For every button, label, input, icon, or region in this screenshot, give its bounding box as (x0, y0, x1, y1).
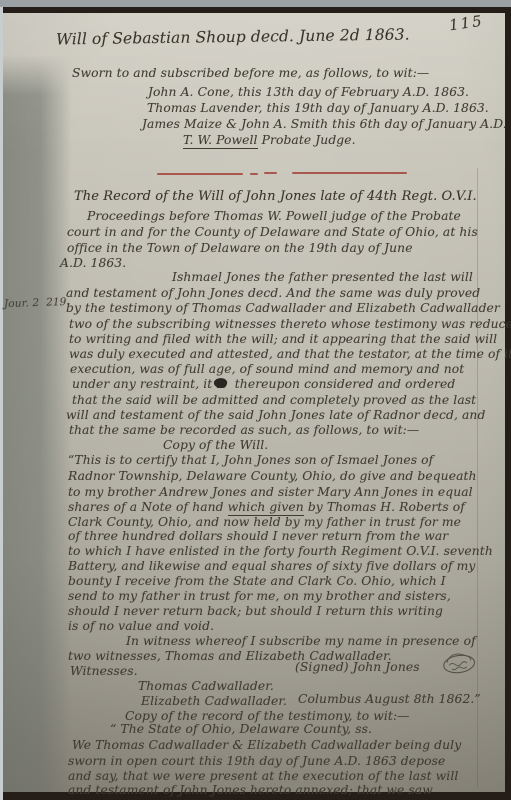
testimony-line: sworn in open court this 19th day of Jun… (68, 754, 445, 768)
record-line: two of the subscribing witnesses thereto… (69, 317, 511, 331)
record-line: Proceedings before Thomas W. Powell judg… (87, 209, 461, 223)
red-divider-segment (292, 172, 407, 174)
ledger-page-photo: 115 Will of Sebastian Shoup decd. June 2… (0, 0, 511, 800)
record-heading: The Record of the Will of John Jones lat… (74, 189, 477, 204)
will-line: Clark County, Ohio, and now held by my f… (68, 515, 461, 529)
witnesses-label: Witnesses. (70, 664, 138, 678)
witness-signature: Thomas Cadwallader. (138, 679, 274, 693)
record-line: that the said will be admitted and compl… (72, 393, 476, 407)
will-line: should I never return back; but should I… (68, 604, 443, 618)
signature-place-date: Columbus August 8th 1862.” (298, 692, 481, 706)
attestation-entry: James Maize & John A. Smith this 6th day… (142, 117, 511, 131)
will-line: bounty I receive from the State and Clar… (68, 574, 446, 588)
attestation-entry: Thomas Lavender, this 19th day of Januar… (147, 101, 489, 115)
will-line: to my brother Andrew Jones and sister Ma… (68, 485, 473, 499)
judge-title: Probate Judge. (258, 133, 356, 147)
record-line: will and testament of the said John Jone… (66, 408, 485, 422)
record-line: and testament of John Jones decd. And th… (66, 286, 480, 300)
testator-signature: (Signed) John Jones (295, 660, 420, 674)
testimony-line: and say, that we were present at the exe… (68, 769, 458, 783)
testimony-heading: Copy of the record of the testimony, to … (125, 709, 410, 723)
will-note-pre: shares of a Note of hand (68, 500, 228, 514)
seal-stamp-icon (438, 646, 480, 679)
will-line: “This is to certify that I, John Jones s… (68, 453, 433, 467)
witness-signature: Elizabeth Cadwallader. (141, 694, 287, 708)
record-line: office in the Town of Delaware on the 19… (67, 241, 413, 255)
testimony-line: We Thomas Cadwallader & Elizabeth Cadwal… (72, 738, 461, 752)
will-line-note: shares of a Note of hand which given by … (68, 500, 465, 514)
attestation-intro: Sworn to and subscribed before me, as fo… (72, 66, 429, 80)
judge-signature: T. W. Powell (183, 133, 258, 149)
will-line: of three hundred dollars should I never … (68, 529, 448, 543)
will-line: Radnor Township, Delaware County, Ohio, … (68, 469, 477, 483)
binding-gutter-shadow (3, 55, 71, 792)
record-line: was duly executed and attested, and that… (69, 347, 511, 361)
will-line: send to my father in trust for me, on my… (68, 589, 451, 603)
red-divider-segment (157, 173, 243, 175)
margin-journal-note: Jour. 2 219. (4, 296, 70, 310)
red-divider-dash (250, 173, 258, 175)
record-line: to writing and filed with the will; and … (69, 332, 497, 346)
testimony-line: and testament of John Jones hereto annex… (68, 783, 433, 797)
will-line: Battery, and likewise and equal shares o… (68, 559, 475, 573)
record-line: that the same be recorded as such, as fo… (69, 423, 419, 437)
photo-left-edge (0, 7, 3, 800)
judge-signature-line: T. W. Powell Probate Judge. (183, 133, 356, 147)
red-divider-dash (264, 172, 277, 174)
photo-top-edge (0, 0, 511, 7)
will-line: In witness whereof I subscribe my name i… (126, 634, 476, 648)
will-note-underlined: which given (228, 500, 304, 516)
record-line: Ishmael Jones the father presented the l… (172, 270, 473, 284)
testimony-line: “ The State of Ohio, Delaware County, ss… (110, 722, 372, 736)
attestation-entry: John A. Cone, this 13th day of February … (148, 85, 469, 99)
record-line: A.D. 1863. (60, 256, 126, 270)
will-note-post: by Thomas H. Roberts of (304, 500, 465, 514)
will-line: is of no value and void. (68, 619, 214, 633)
will-copy-heading: Copy of the Will. (163, 438, 268, 452)
record-line: execution, was of full age, of sound min… (70, 362, 464, 376)
will-line: to which I have enlisted in the forty fo… (68, 544, 493, 558)
record-line: court in and for the County of Delaware … (67, 225, 478, 239)
record-line: under any restraint, it is thereupon con… (72, 377, 455, 391)
record-line: by the testimony of Thomas Cadwallader a… (66, 301, 500, 315)
